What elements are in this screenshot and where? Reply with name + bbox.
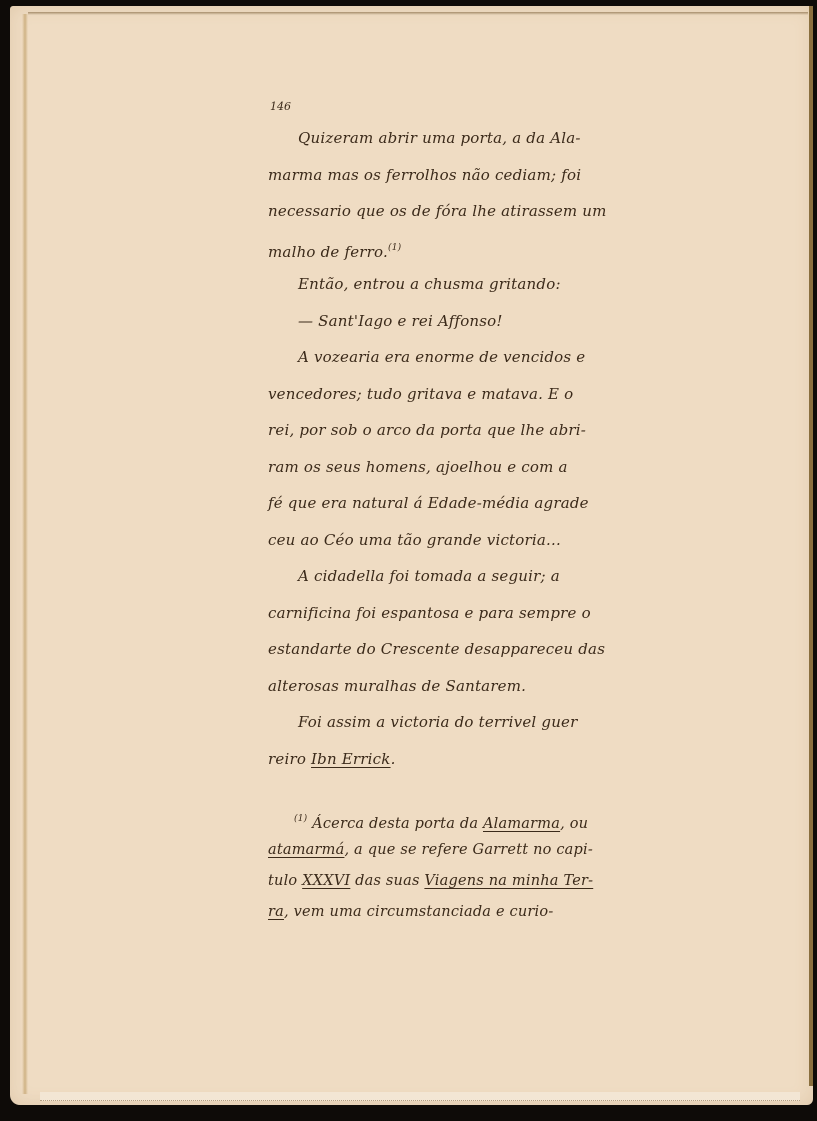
body-line: carnificina foi espantosa e para sempre … bbox=[268, 595, 738, 632]
underlined-name: Ibn Errick bbox=[311, 750, 391, 768]
underlined-term: XXXVI bbox=[302, 873, 350, 889]
body-line-text: reiro bbox=[268, 750, 311, 768]
footnote-line: atamarmá, a que se refere Garrett no cap… bbox=[268, 835, 738, 866]
body-line: Quizeram abrir uma porta, a da Ala- bbox=[268, 120, 738, 157]
page-edge-top bbox=[28, 12, 808, 15]
footnote-text: , ou bbox=[560, 816, 588, 832]
body-line: Foi assim a victoria do terrivel guer bbox=[268, 704, 738, 741]
scanned-page-background: 146 Quizeram abrir uma porta, a da Ala- … bbox=[0, 0, 817, 1121]
body-line: fé que era natural á Edade-média agrade bbox=[268, 485, 738, 522]
footnote-text: , a que se refere Garrett no capi- bbox=[344, 842, 593, 858]
body-line: rei, por sob o arco da porta que lhe abr… bbox=[268, 412, 738, 449]
body-line-text: . bbox=[391, 750, 396, 768]
footnote-reference[interactable]: (1) bbox=[388, 243, 401, 253]
body-line: alterosas muralhas de Santarem. bbox=[268, 668, 738, 705]
page-edge-left bbox=[22, 14, 28, 1094]
body-line: A vozearia era enorme de vencidos e bbox=[268, 339, 738, 376]
footnote-text: das suas bbox=[350, 873, 424, 889]
body-line-with-footnote-ref: malho de ferro.(1) bbox=[268, 230, 738, 267]
body-line: ceu ao Céo uma tão grande victoria... bbox=[268, 522, 738, 559]
body-line: necessario que os de fóra lhe atirassem … bbox=[268, 193, 738, 230]
footnote-text: tulo bbox=[268, 873, 302, 889]
underlined-term: ra bbox=[268, 904, 284, 920]
body-line-text: malho de ferro. bbox=[268, 243, 388, 261]
footnote: (1) Ácerca desta porta da Alamarma, ou a… bbox=[268, 804, 738, 928]
page-edge-bottom bbox=[40, 1092, 800, 1101]
footnote-line: (1) Ácerca desta porta da Alamarma, ou bbox=[268, 804, 738, 835]
footnote-text: Ácerca desta porta da bbox=[307, 816, 483, 832]
body-line: Então, entrou a chusma gritando: bbox=[268, 266, 738, 303]
body-line: vencedores; tudo gritava e matava. E o bbox=[268, 376, 738, 413]
body-line: estandarte do Crescente desappareceu das bbox=[268, 631, 738, 668]
underlined-book-title: Viagens na minha Ter- bbox=[424, 873, 593, 889]
body-line: — Sant'Iago e rei Affonso! bbox=[268, 303, 738, 340]
footnote-marker: (1) bbox=[294, 814, 307, 824]
footnote-text: , vem uma circumstanciada e curio- bbox=[284, 904, 553, 920]
footnote-line: tulo XXXVI das suas Viagens na minha Ter… bbox=[268, 866, 738, 897]
footnote-line: ra, vem uma circumstanciada e curio- bbox=[268, 897, 738, 928]
body-line: reiro Ibn Errick. bbox=[268, 741, 738, 778]
underlined-term: Alamarma bbox=[483, 816, 560, 832]
body-line: marma mas os ferrolhos não cediam; foi bbox=[268, 157, 738, 194]
page-edge-right bbox=[809, 6, 813, 1086]
underlined-term: atamarmá bbox=[268, 842, 344, 858]
body-line: ram os seus homens, ajoelhou e com a bbox=[268, 449, 738, 486]
page-number: 146 bbox=[270, 100, 738, 114]
body-line: A cidadella foi tomada a seguir; a bbox=[268, 558, 738, 595]
handwritten-text-block: 146 Quizeram abrir uma porta, a da Ala- … bbox=[268, 100, 738, 928]
